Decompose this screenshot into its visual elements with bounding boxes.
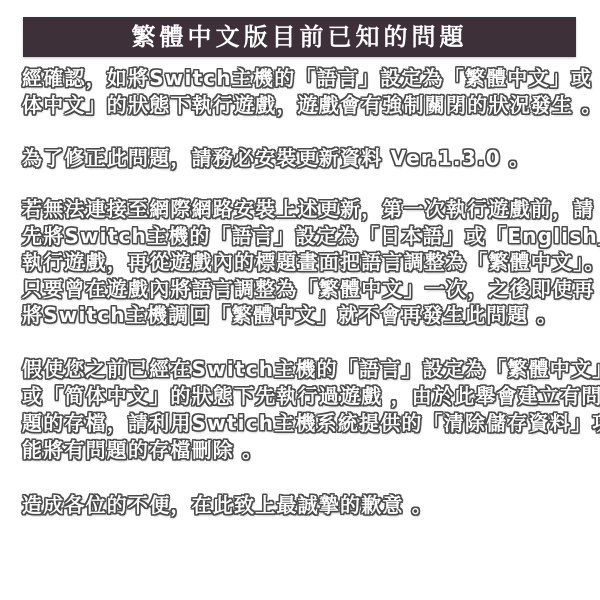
- paragraph-3-line-5: 將Switch主機調回「繁體中文」就不會再發生此問題 。: [22, 303, 558, 327]
- paragraph-4-line-2: 或「简体中文」的狀態下先執行過遊戲 ，由於此舉會建立有問: [22, 384, 600, 408]
- paragraph-1-line-1: 經確認，如將Switch主機的「語言」設定為「繁體中文」或「简: [22, 66, 600, 90]
- header-bar: 繁體中文版目前已知的問題: [23, 17, 576, 57]
- paragraph-3-line-3: 執行遊戲，再從遊戲內的標題畫面把語言調整為「繁體中文」。: [22, 250, 600, 274]
- paragraph-5-line-1: 造成各位的不便，在此致上最誠摯的歉意 。: [22, 493, 433, 517]
- paragraph-1-line-2: 体中文」的狀態下執行遊戲，遊戲會有強制關閉的狀況發生 。: [22, 93, 600, 117]
- paragraph-3-line-4: 只要曾在遊戲內將語言調整為「繁體中文」一次，之後即使再: [22, 277, 594, 301]
- paragraph-4-line-1: 假使您之前已經在Switch主機的「語言」設定為「繁體中文」: [22, 357, 600, 381]
- paragraph-4-line-3: 題的存檔，請利用Swtich主機系統提供的「清除儲存資料」功: [22, 411, 600, 435]
- paragraph-4-line-4: 能將有問題的存檔刪除 。: [22, 438, 263, 462]
- paragraph-3-line-2: 先將Switch主機的「語言」設定為「日本語」或「English」再: [22, 224, 600, 248]
- page-title: 繁體中文版目前已知的問題: [132, 25, 468, 49]
- paragraph-3-line-1: 若無法連接至網際網路安裝上述更新，第一次執行遊戲前，請: [22, 197, 594, 221]
- paragraph-2-line-1: 為了修正此問題，請務必安裝更新資料 Ver.1.3.0 。: [22, 146, 530, 170]
